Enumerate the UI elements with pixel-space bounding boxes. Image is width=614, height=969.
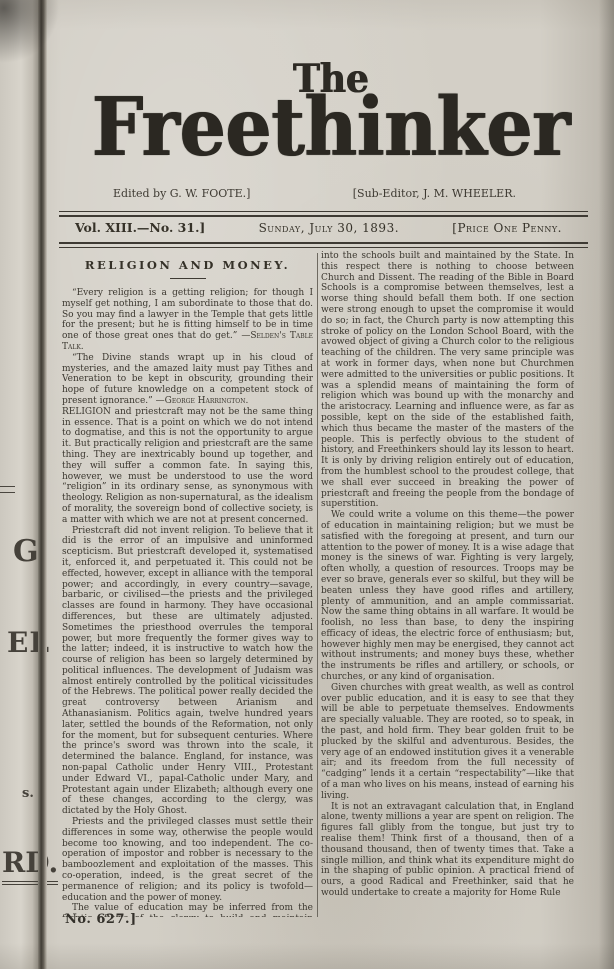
column-divider-rule (317, 253, 318, 917)
spine-rule-fragment (0, 486, 15, 493)
book-gutter-shadow (38, 0, 47, 969)
editor-left: Edited by G. W. FOOTE.] (113, 187, 250, 200)
masthead-title: Freethinker (47, 79, 614, 174)
paragraph: Given churches with great wealth, as wel… (321, 683, 574, 802)
spine-letter-fragment: s. (22, 786, 34, 801)
article-title: RELIGION AND MONEY. (62, 258, 313, 272)
paragraph: It is not an extravagant calculation tha… (321, 802, 574, 899)
article-columns: RELIGION AND MONEY. “Every religion is a… (62, 251, 574, 917)
page-content: The Freethinker Edited by G. W. FOOTE.] … (47, 0, 614, 969)
epigraph: “Every religion is a getting religion; f… (62, 288, 313, 353)
paragraph: We could write a volume on this theme—th… (321, 510, 574, 683)
issue-date: Sunday, July 30, 1893. (259, 221, 399, 235)
price-label: [Price One Penny. (452, 221, 562, 235)
paragraph: Priests and the privileged classes must … (62, 817, 313, 903)
right-column: into the schools built and maintained by… (321, 251, 574, 917)
editor-line: Edited by G. W. FOOTE.] [Sub-Editor, J. … (113, 187, 516, 200)
epigraph: “The Divine stands wrapt up in his cloud… (62, 353, 313, 407)
issue-footer-number: No. 627.] (65, 912, 137, 927)
newspaper-scan-page: G EL s. RD. The Freethinker Edited by G.… (0, 0, 614, 969)
spine-letter-fragment: G (13, 534, 39, 569)
paragraph: Priestcraft did not invent religion. To … (62, 526, 313, 818)
volume-date-line: Vol. XIII.—No. 31.] Sunday, July 30, 189… (75, 220, 562, 235)
volume-number: Vol. XIII.—No. 31.] (75, 220, 205, 235)
epigraph-source: —George Harrington. (156, 396, 249, 406)
title-rule (170, 278, 206, 279)
left-column: RELIGION AND MONEY. “Every religion is a… (62, 251, 313, 917)
double-rule-bottom (59, 242, 588, 248)
sub-editor-right: [Sub-Editor, J. M. WHEELER. (353, 187, 516, 200)
double-rule-top (59, 211, 588, 217)
paragraph: RELIGION and priestcraft may not be the … (62, 407, 313, 526)
paragraph: into the schools built and maintained by… (321, 251, 574, 510)
previous-page-edge: G EL s. RD. (0, 0, 38, 969)
